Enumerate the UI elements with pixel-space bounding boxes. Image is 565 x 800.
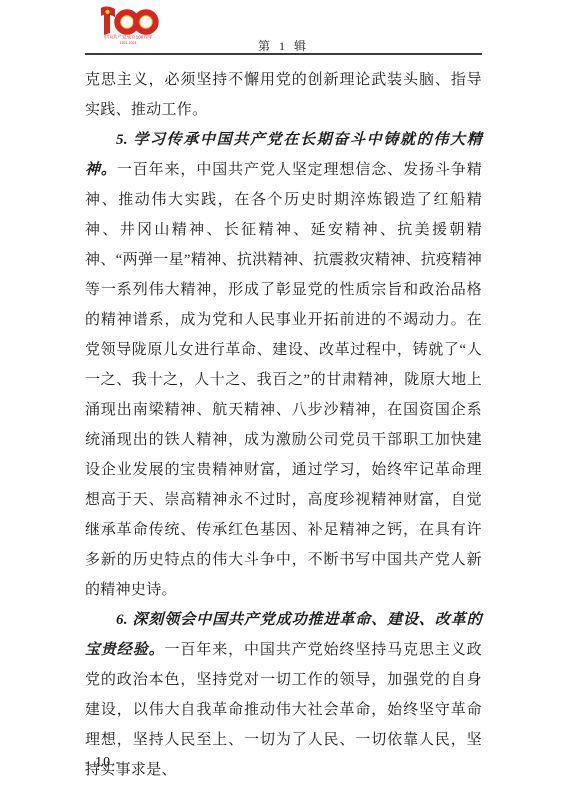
page-header: 中国共产党成立100周年 1921-2021 第 1 辑 [0,0,565,56]
paragraph-text: 克思主义，必须坚持不懈用党的创新理论武装头脑、指导实践、推动工作。 [85,72,482,118]
paragraph-text: 一百年来，中国共产党始终坚持马克思主义政党的政治本色，坚持党对一切工作的领导，加… [85,642,482,778]
paragraph-text: 一百年来，中国共产党人坚定理想信念、发扬斗争精神、推动伟大实践，在各个历史时期淬… [85,162,482,598]
edition-label: 第 1 辑 [85,37,482,54]
page-number: - 10 - [85,755,121,771]
paragraph-point-5: 5. 学习传承中国共产党在长期奋斗中铸就的伟大精神。一百年来，中国共产党人坚定理… [85,125,482,605]
logo-digit-one-flag [101,7,115,35]
header-rule [85,53,482,55]
party-emblem-icon [105,10,109,14]
logo-digit-zero-2 [137,13,156,32]
document-page: 中国共产党成立100周年 1921-2021 第 1 辑 克思主义，必须坚持不懈… [0,0,565,800]
paragraph-point-6: 6. 深刻领会中国共产党成功推进革命、建设、改革的宝贵经验。一百年来，中国共产党… [85,605,482,785]
paragraph-continuation: 克思主义，必须坚持不懈用党的创新理论武装头脑、指导实践、推动工作。 [85,65,482,125]
document-body: 克思主义，必须坚持不懈用党的创新理论武装头脑、指导实践、推动工作。 5. 学习传… [0,56,565,785]
